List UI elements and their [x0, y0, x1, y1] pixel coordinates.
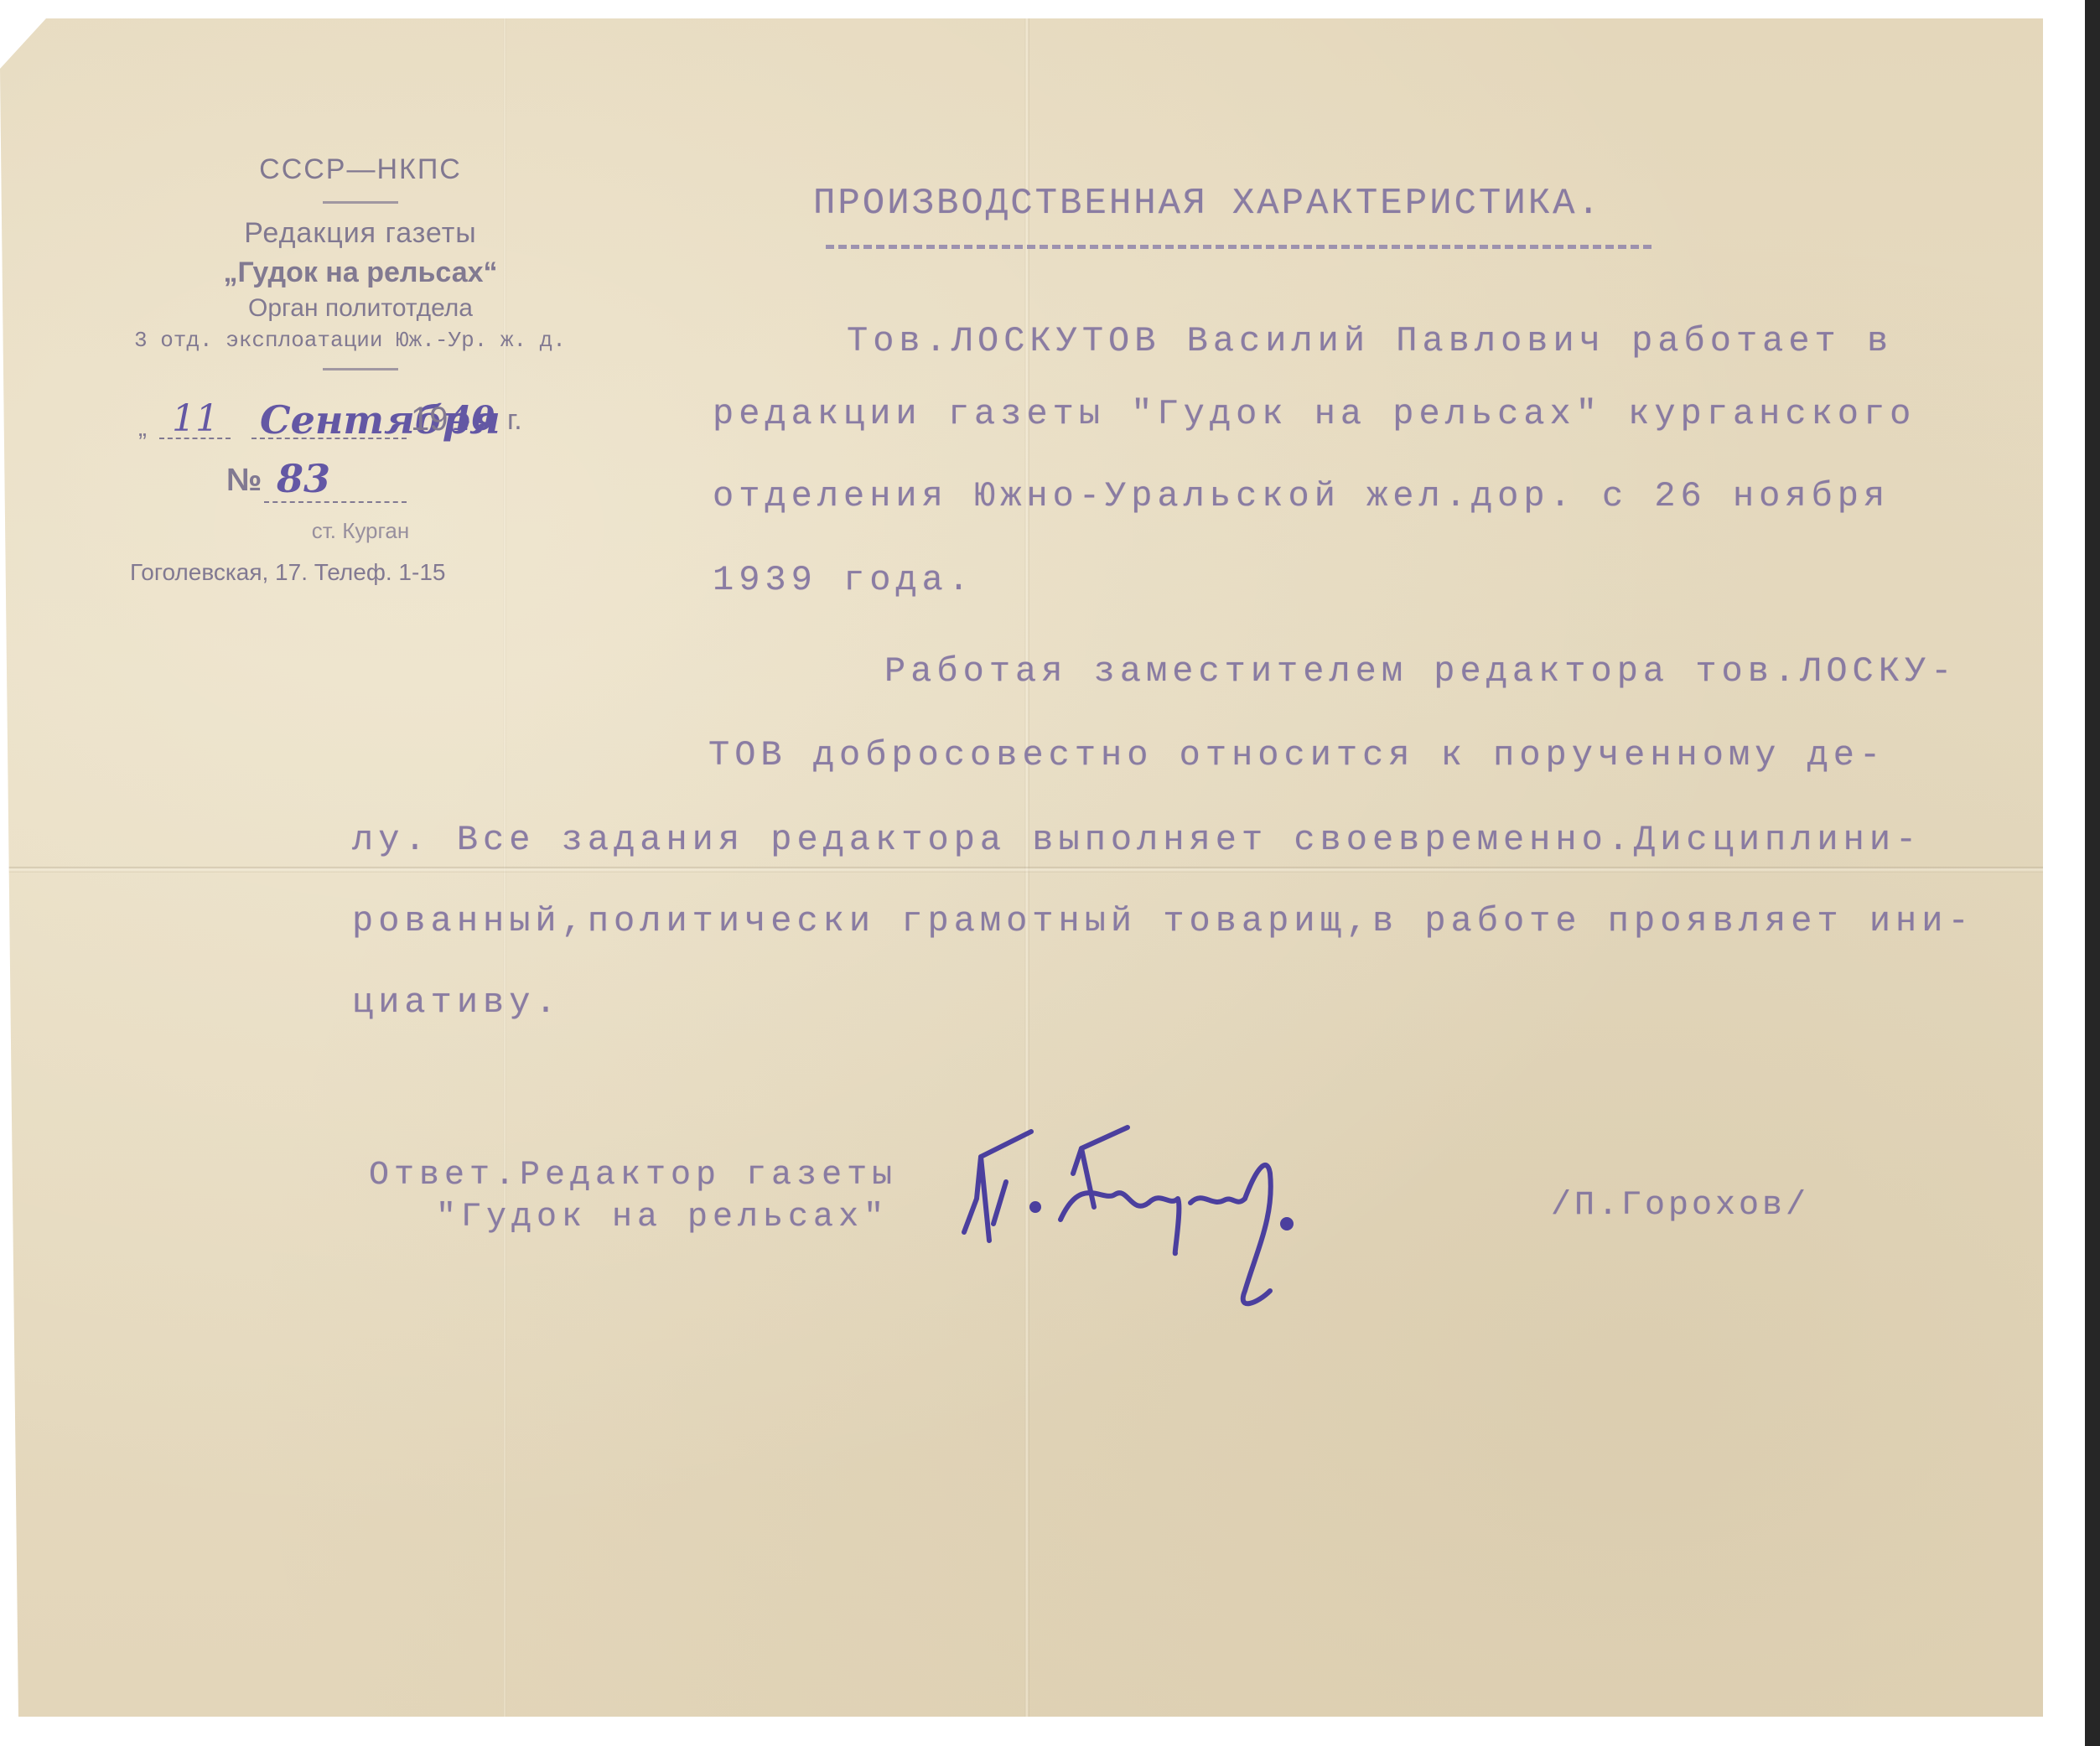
date-month-underline [251, 438, 407, 439]
stamp-divider [323, 201, 398, 204]
signatory-typed-name: /П.Горохов/ [1551, 1187, 1809, 1225]
body-line: редакции газеты "Гудок на рельсах" курга… [713, 394, 1916, 434]
date-year-handwritten: 40 [449, 399, 495, 438]
body-line: ТОВ добросовестно относится к порученном… [708, 735, 1885, 775]
title-underline [826, 245, 1651, 249]
number-value: 83 [277, 456, 330, 501]
date-year: 1940 [411, 399, 495, 438]
date-day: 11 [172, 397, 219, 440]
body-line: рованный,политически грамотный товарищ,в… [352, 901, 1974, 941]
signatory-title-line1: Ответ.Редактор газеты [369, 1157, 897, 1194]
stamp-department: 3 отд. эксплоатации Юж.-Ур. ж. д. [126, 328, 595, 353]
body-line: Тов.ЛОСКУТОВ Василий Павлович работает в [847, 321, 1893, 361]
date-day-underline [159, 438, 231, 439]
body-line: лу. Все задания редактора выполняет свое… [352, 820, 1921, 860]
fold-crease-horizontal [0, 867, 2043, 873]
body-line: 1939 года. [713, 560, 974, 600]
letterhead-stamp: СССР—НКПС Редакция газеты „Гудок на рель… [126, 147, 595, 586]
stamp-editorial: Редакция газеты [126, 217, 595, 250]
stamp-address: Гоголевская, 17. Телеф. 1-15 [126, 559, 595, 586]
date-year-prefix: 19 [411, 401, 449, 438]
body-line: Работая заместителем редактора тов.ЛОСКУ… [884, 651, 1957, 692]
number-underline [264, 501, 407, 503]
stamp-org: СССР—НКПС [126, 153, 595, 186]
stamp-station: ст. Курган [126, 518, 595, 544]
stamp-divider-2 [323, 368, 398, 370]
body-line: циативу. [352, 982, 562, 1023]
date-suffix: г. [507, 404, 522, 437]
scanner-edge [2085, 0, 2100, 1746]
stamp-date: „ 11 Сентября 1940 г. [126, 397, 595, 456]
document-title: ПРОИЗВОДСТВЕННАЯ ХАРАКТЕРИСТИКА. [813, 183, 1602, 225]
signature-scribble-icon [956, 1123, 1543, 1324]
body-line: отделения Южно-Уральской жел.дор. с 26 н… [713, 476, 1890, 516]
stamp-organ: Орган политотдела [126, 294, 595, 323]
handwritten-signature [956, 1123, 1543, 1324]
stamp-number: № 83 [126, 456, 595, 506]
number-label: № [226, 463, 262, 499]
signatory-title-line2: "Гудок на рельсах" [436, 1199, 889, 1236]
date-quote: „ [138, 414, 147, 443]
stamp-newspaper-name: „Гудок на рельсах“ [126, 256, 595, 289]
